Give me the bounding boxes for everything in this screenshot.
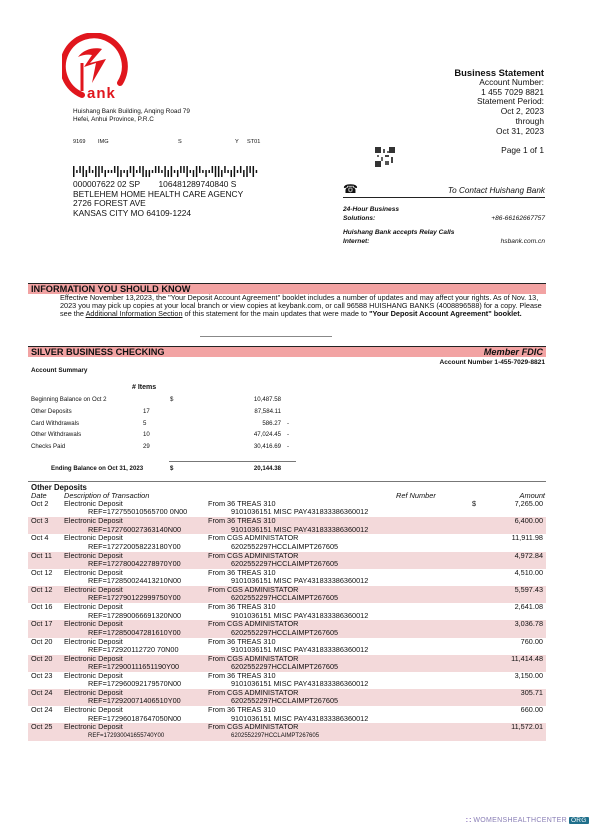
summary-row: Other Withdrawals1047,024.45- — [31, 431, 301, 441]
transaction-type: Electronic Deposit — [64, 723, 123, 731]
divider — [169, 461, 296, 462]
summary-row: Other Deposits1787,584.11 — [31, 408, 301, 418]
transaction-source: From CGS ADMINISTATOR — [208, 723, 298, 731]
transaction-amount: 3,036.78 — [515, 620, 543, 628]
transaction-amount: 2,641.08 — [515, 603, 543, 611]
summary-label: Card Withdrawals — [31, 420, 79, 427]
transaction-amount: 760.00 — [521, 638, 543, 646]
summary-items: 29 — [143, 443, 150, 450]
transaction-date: Oct 16 — [31, 603, 53, 611]
transaction-date: Oct 25 — [31, 723, 53, 731]
debit-sign: - — [287, 420, 289, 427]
transaction-amount: 6,400.00 — [515, 517, 543, 525]
transaction-ref: REF=172720058223180Y00 — [88, 543, 181, 551]
table-row: Oct 16Electronic DepositREF=172890066691… — [28, 603, 546, 620]
contact-label: Solutions: — [343, 215, 375, 224]
summary-row: Beginning Balance on Oct 2$10,487.58 — [31, 396, 301, 406]
transaction-memo: 6202552297HCCLAIMPT267605 — [231, 629, 338, 637]
table-row: Oct 12Electronic DepositREF=172850024413… — [28, 569, 546, 586]
currency-symbol: $ — [472, 500, 476, 508]
recipient-city: KANSAS CITY MO 64109-1224 — [73, 209, 243, 219]
table-row: Oct 24Electronic DepositREF=172920071406… — [28, 689, 546, 706]
summary-items: 17 — [143, 408, 150, 415]
currency-symbol: $ — [170, 465, 173, 472]
ending-balance-row: Ending Balance on Oct 31, 2023 $ 20,144.… — [31, 465, 301, 475]
table-row: Oct 4Electronic DepositREF=1727200582231… — [28, 534, 546, 551]
transaction-amount: 11,911.98 — [512, 534, 543, 542]
transaction-date: Oct 20 — [31, 655, 53, 663]
contact-phone: +86-66162667757 — [491, 215, 545, 224]
ending-balance-label: Ending Balance on Oct 31, 2023 — [51, 465, 143, 472]
table-row: Oct 17Electronic DepositREF=172850047281… — [28, 620, 546, 637]
summary-items: 5 — [143, 420, 146, 427]
transaction-amount: 7,265.00 — [515, 500, 543, 508]
transaction-date: Oct 4 — [31, 534, 48, 542]
info-notice: Effective November 13,2023, the "Your De… — [60, 294, 550, 319]
table-row: Oct 20Electronic DepositREF=172920112720… — [28, 638, 546, 655]
mail-code: 9169 — [73, 139, 85, 145]
qr-code-icon — [375, 147, 395, 167]
contact-website-link[interactable]: hsbank.com.cn — [501, 238, 545, 247]
table-row: Oct 3Electronic DepositREF=1727600273631… — [28, 517, 546, 534]
table-row: Oct 20Electronic DepositREF=172900111651… — [28, 655, 546, 672]
contact-label: Huishang Bank accepts Relay Calls — [343, 229, 454, 238]
recipient-address: 000007622 02 SP 106481289740840 S BETLEH… — [73, 180, 243, 218]
transaction-ref: REF=172850047281610Y00 — [88, 629, 181, 637]
transaction-ref: REF=172930041655740Y00 — [88, 732, 164, 740]
watermark-badge: ORG — [569, 817, 589, 824]
checking-heading-text: SILVER BUSINESS CHECKING — [31, 347, 165, 357]
summary-row: Card Withdrawals5586.27- — [31, 420, 301, 430]
transaction-date: Oct 3 — [31, 517, 48, 525]
contact-box: ☎ To Contact Huishang Bank 24-Hour Busin… — [343, 183, 545, 246]
summary-label: Beginning Balance on Oct 2 — [31, 396, 107, 403]
divider — [28, 481, 546, 482]
period-end: Oct 31, 2023 — [454, 127, 544, 137]
transaction-date: Oct 24 — [31, 706, 53, 714]
info-text: of this statement for the main updates t… — [183, 309, 370, 318]
currency-symbol: $ — [170, 396, 173, 403]
transaction-amount: 5,597.43 — [515, 586, 543, 594]
summary-amount: 87,584.11 — [254, 408, 281, 415]
transaction-memo: 6202552297HCCLAIMPT267605 — [231, 732, 319, 740]
transaction-amount: 4,510.00 — [515, 569, 543, 577]
summary-label: Other Withdrawals — [31, 431, 81, 438]
account-summary-title: Account Summary — [31, 367, 87, 374]
transaction-date: Oct 11 — [31, 552, 52, 560]
transaction-date: Oct 2 — [31, 500, 48, 508]
statement-header: Business Statement Account Number: 1 455… — [454, 68, 544, 155]
member-fdic: Member FDIC — [484, 347, 543, 358]
sparkle-icon: ∷ — [466, 816, 471, 825]
deposits-table: Oct 2Electronic DepositREF=1727550105657… — [28, 500, 546, 741]
contact-label: Internet: — [343, 238, 369, 247]
bank-address: Huishang Bank Building, Anqing Road 79 H… — [73, 108, 190, 124]
transaction-date: Oct 12 — [31, 569, 53, 577]
bank-logo: ank — [62, 33, 132, 103]
summary-amount: 30,416.69 — [254, 443, 281, 450]
table-row: Oct 25Electronic DepositREF=172930041655… — [28, 723, 546, 740]
transaction-amount: 660.00 — [521, 706, 543, 714]
table-row: Oct 11Electronic DepositREF=172780042278… — [28, 552, 546, 569]
table-row: Oct 23Electronic DepositREF=172960092179… — [28, 672, 546, 689]
summary-row: Checks Paid2930,416.69- — [31, 443, 301, 453]
transaction-amount: 4,972.84 — [515, 552, 543, 560]
mail-code: IMG — [98, 139, 109, 145]
transaction-amount: 305.71 — [521, 689, 543, 697]
summary-amount: 10,487.58 — [254, 396, 281, 403]
checking-section-heading: SILVER BUSINESS CHECKING Member FDIC — [28, 346, 546, 357]
column-header-ref: Ref Number — [396, 491, 436, 500]
transaction-memo: 6202552297HCCLAIMPT267605 — [231, 543, 338, 551]
bank-address-line: Huishang Bank Building, Anqing Road 79 — [73, 108, 190, 116]
bank-address-line: Hefei, Anhui Province, P.R.C — [73, 116, 190, 124]
table-row: Oct 24Electronic DepositREF=172960187647… — [28, 706, 546, 723]
debit-sign: - — [287, 443, 289, 450]
summary-label: Other Deposits — [31, 408, 72, 415]
ending-balance-amount: 20,144.38 — [254, 465, 281, 472]
debit-sign: - — [287, 431, 289, 438]
summary-label: Checks Paid — [31, 443, 65, 450]
transaction-date: Oct 12 — [31, 586, 53, 594]
transaction-amount: 11,414.48 — [511, 655, 543, 663]
info-text-bold: "Your Deposit Account Agreement" booklet… — [369, 309, 522, 318]
divider — [200, 336, 332, 337]
mail-code: Y — [235, 139, 239, 145]
table-row: Oct 2Electronic DepositREF=1727550105657… — [28, 500, 546, 517]
transaction-date: Oct 24 — [31, 689, 53, 697]
mail-code: ST01 — [247, 139, 260, 145]
watermark-text: WOMENSHEALTHCENTER — [473, 817, 567, 824]
page-number: Page 1 of 1 — [454, 146, 544, 156]
telephone-icon: ☎ — [343, 183, 358, 195]
transaction-date: Oct 17 — [31, 620, 53, 628]
logo-text: ank — [87, 85, 116, 102]
checking-account-number: Account Number 1-455-7029-8821 — [439, 359, 545, 366]
contact-label: 24-Hour Business — [343, 206, 399, 215]
additional-info-link[interactable]: Additional Information Section — [86, 309, 183, 318]
transaction-date: Oct 20 — [31, 638, 53, 646]
postal-barcode — [73, 164, 259, 175]
transaction-amount: 11,572.01 — [511, 723, 543, 731]
items-header: # Items — [132, 384, 156, 391]
contact-heading: To Contact Huishang Bank — [448, 186, 545, 195]
summary-items: 10 — [143, 431, 150, 438]
summary-amount: 47,024.45 — [254, 431, 281, 438]
watermark: ∷ WOMENSHEALTHCENTER ORG — [466, 816, 589, 825]
table-row: Oct 12Electronic DepositREF=172790122999… — [28, 586, 546, 603]
transaction-date: Oct 23 — [31, 672, 53, 680]
summary-amount: 586.27 — [262, 420, 281, 427]
mail-code: S — [178, 139, 182, 145]
transaction-amount: 3,150.00 — [515, 672, 543, 680]
